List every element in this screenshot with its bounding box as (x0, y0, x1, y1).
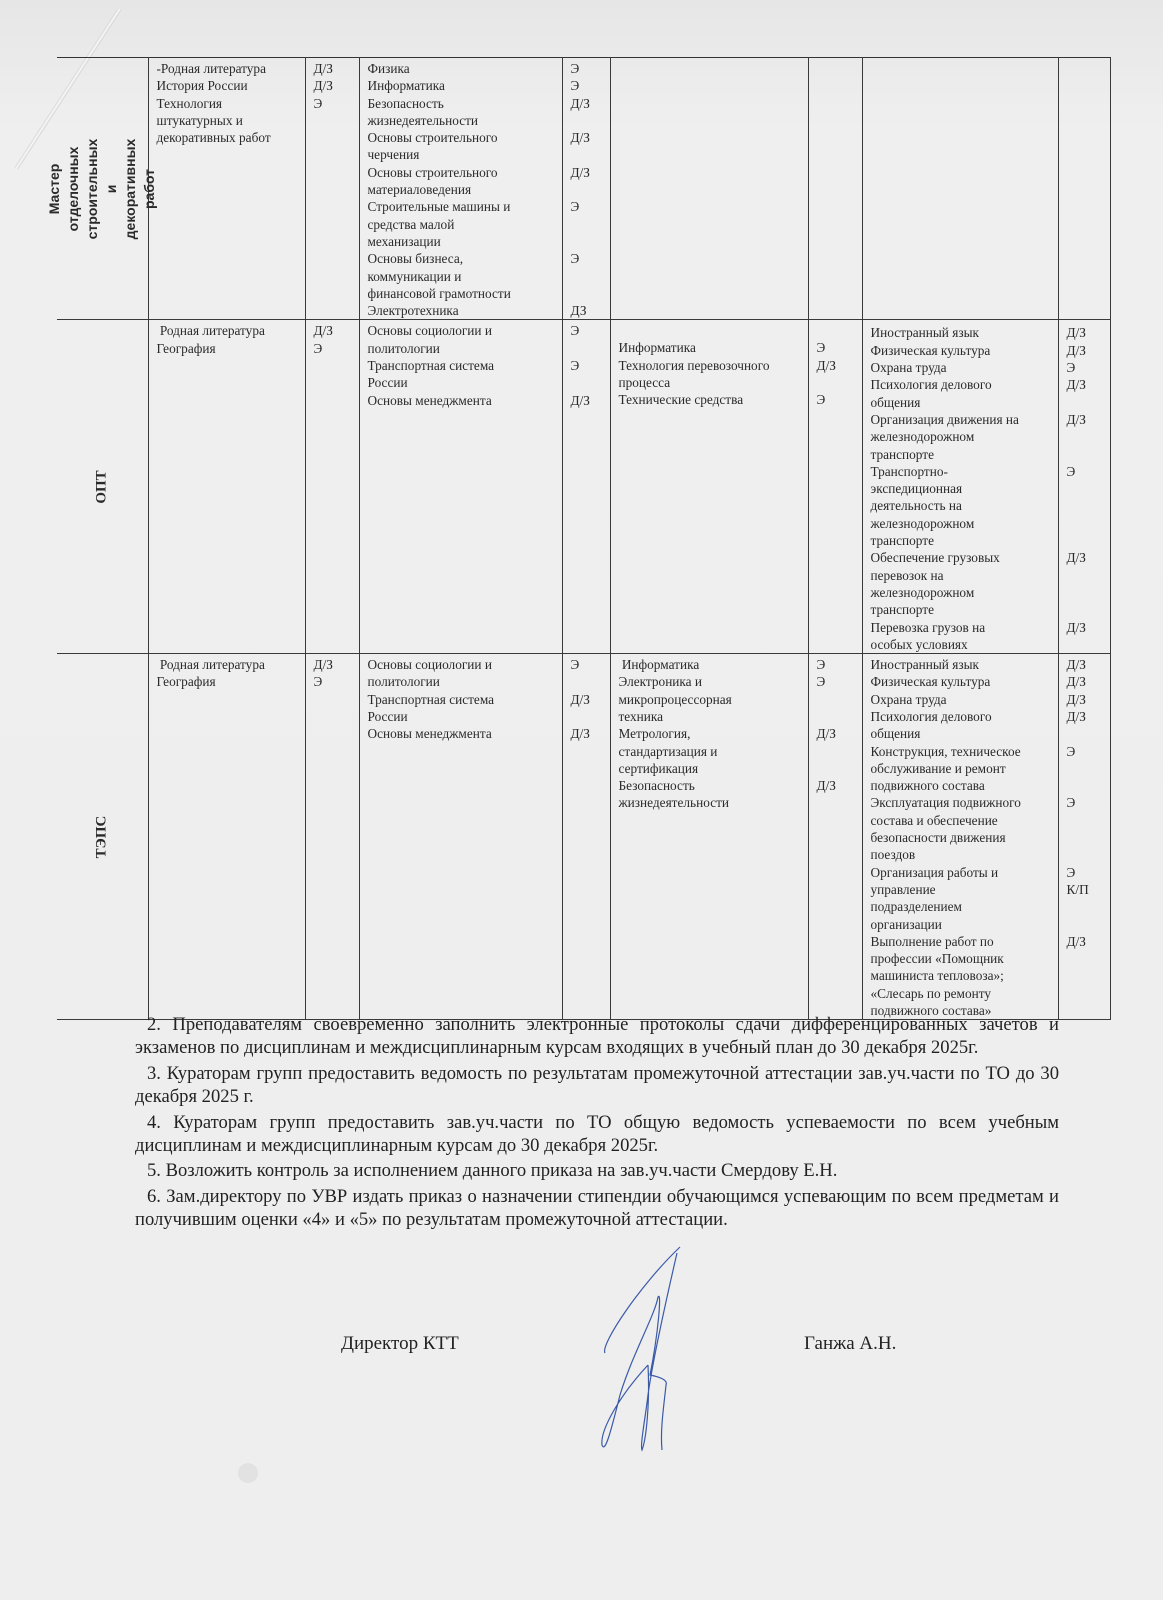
cell-line: штукатурных и (157, 112, 299, 129)
semester-3-forms: ЭЭД/ЗД/З (808, 654, 862, 1020)
cell-line: «Слесарь по ремонту (871, 985, 1052, 1002)
subject-entry: Выполнение работ попрофессии «Помощникма… (871, 933, 1052, 1019)
subject-entry: Транспортно-экспедиционнаядеятельность н… (871, 463, 1052, 549)
cell-line: машиниста тепловоза»; (871, 967, 1052, 984)
cell-line: Родная литература (157, 656, 299, 673)
subject-entry: Охрана труда (871, 691, 1052, 708)
paragraph-4: 4. Кураторам групп предоставить зав.уч.ч… (135, 1111, 1059, 1158)
cell-line: транспорте (871, 446, 1052, 463)
semester-4-subjects (862, 58, 1058, 320)
cell-line: Основы менеджмента (368, 392, 556, 409)
assessment-form: Д/З (1067, 411, 1104, 463)
assessment-form: Э (314, 673, 353, 690)
assessment-form: Д/З (1067, 708, 1104, 743)
exam-schedule-table: Мастер отделочныхстроительных и декорати… (57, 57, 1111, 1020)
subject-entry: Транспортная системаРоссии (368, 691, 556, 726)
subject-entry: Перевозка грузов наособых условиях (871, 619, 1052, 654)
assessment-form: Д/З (571, 129, 604, 164)
assessment-form: Э (817, 339, 856, 356)
assessment-form: Э (571, 250, 604, 302)
cell-line: Безопасность (619, 777, 802, 794)
specialty-line: ОПТ (93, 470, 112, 503)
table-row: Мастер отделочныхстроительных и декорати… (57, 58, 1110, 320)
cell-line: техника (619, 708, 802, 725)
subject-entry: Психология деловогообщения (871, 376, 1052, 411)
assessment-form: Д/З (314, 77, 353, 94)
semester-2-forms: ЭЭД/ЗД/ЗД/ЗЭЭДЗ (562, 58, 610, 320)
cell-line: профессии «Помощник (871, 950, 1052, 967)
assessment-form: Д/З (817, 777, 856, 812)
subject-entry: Основы менеджмента (368, 392, 556, 409)
subject-entry: Физическая культура (871, 342, 1052, 359)
cell-line: История России (157, 77, 299, 94)
cell-line: Технические средства (619, 391, 802, 408)
signatory-name: Ганжа А.Н. (804, 1333, 896, 1355)
cell-line: -Родная литература (157, 60, 299, 77)
cell-line: Организация движения на (871, 411, 1052, 428)
semester-1-forms: Д/ЗЭ (305, 320, 359, 654)
assessment-form: Э (817, 656, 856, 673)
assessment-form: Э (817, 673, 856, 725)
signatory-position: Директор КТТ (341, 1333, 459, 1355)
cell-line: Иностранный язык (871, 324, 1052, 341)
subject-entry: Эксплуатация подвижногосостава и обеспеч… (871, 794, 1052, 863)
table-row: ТЭПС Родная литератураГеографияД/ЗЭОснов… (57, 654, 1110, 1020)
cell-line: Транспортная система (368, 357, 556, 374)
subject-entry: Охрана труда (871, 359, 1052, 376)
cell-line: России (368, 708, 556, 725)
cell-line: Основы бизнеса, (368, 250, 556, 267)
cell-line: Электроника и (619, 673, 802, 690)
semester-2-subjects: ФизикаИнформатикаБезопасностьжизнедеятел… (359, 58, 562, 320)
cell-line: железнодорожном (871, 584, 1052, 601)
semester-1-subjects: Родная литератураГеография (148, 654, 305, 1020)
subject-entry: Технология перевозочногопроцесса (619, 357, 802, 392)
subject-entry: Организация движения нажелезнодорожномтр… (871, 411, 1052, 463)
cell-line: Строительные машины и (368, 198, 556, 215)
cell-line: Выполнение работ по (871, 933, 1052, 950)
assessment-form: Д/З (314, 322, 353, 339)
cell-line: транспорте (871, 532, 1052, 549)
subject-entry: Обеспечение грузовыхперевозок нажелезнод… (871, 549, 1052, 618)
assessment-form: Д/З (1067, 656, 1104, 673)
paragraph-3: 3. Кураторам групп предоставить ведомост… (135, 1062, 1059, 1109)
paragraph-6: 6. Зам.директору по УВР издать приказ о … (135, 1185, 1059, 1232)
semester-2-subjects: Основы социологии иполитологииТранспортн… (359, 654, 562, 1020)
assessment-form: Д/З (571, 164, 604, 199)
cell-line: железнодорожном (871, 515, 1052, 532)
assessment-form: ДЗ (571, 302, 604, 319)
cell-line: политологии (368, 340, 556, 357)
subject-entry: Технические средства (619, 391, 802, 408)
cell-line: Родная литература (157, 322, 299, 339)
subject-entry: Основы строительногочерчения (368, 129, 556, 164)
cell-line: процесса (619, 374, 802, 391)
subject-entry: Конструкция, техническоеобслуживание и р… (871, 743, 1052, 795)
assessment-form: Э (571, 322, 604, 357)
cell-line: Транспортно- (871, 463, 1052, 480)
semester-2-subjects: Основы социологии иполитологииТранспортн… (359, 320, 562, 654)
assessment-form: Д/З (1067, 673, 1104, 690)
cell-line: коммуникации и (368, 268, 556, 285)
paragraph-5: 5. Возложить контроль за исполнением дан… (135, 1159, 1059, 1182)
assessment-form: Э (571, 77, 604, 94)
assessment-form: Э (571, 357, 604, 392)
cell-line: финансовой грамотности (368, 285, 556, 302)
cell-line: микропроцессорная (619, 691, 802, 708)
scan-smudge (238, 1463, 258, 1483)
subject-entry: Информатика (368, 77, 556, 94)
assessment-form: Д/З (571, 392, 604, 409)
semester-4-subjects: Иностранный языкФизическая культураОхран… (862, 320, 1058, 654)
assessment-form: Э (1067, 359, 1104, 376)
subject-entry: Основы социологии иполитологии (368, 322, 556, 357)
cell-line: декоративных работ (157, 129, 299, 146)
cell-line: транспорте (871, 601, 1052, 618)
cell-line: Охрана труда (871, 359, 1052, 376)
cell-line: поездов (871, 846, 1052, 863)
assessment-form: Э К/П (1067, 864, 1104, 933)
cell-line: Физическая культура (871, 342, 1052, 359)
cell-line: Психология делового (871, 376, 1052, 393)
semester-3-forms (808, 58, 862, 320)
cell-line: Электротехника (368, 302, 556, 319)
cell-line: Психология делового (871, 708, 1052, 725)
cell-line: Конструкция, техническое (871, 743, 1052, 760)
semester-4-subjects: Иностранный языкФизическая культураОхран… (862, 654, 1058, 1020)
specialty-cell: ОПТ (57, 320, 148, 654)
cell-line: железнодорожном (871, 428, 1052, 445)
specialty-line: ТЭПС (93, 815, 112, 858)
semester-2-forms: ЭЭД/З (562, 320, 610, 654)
cell-line: жизнедеятельности (368, 112, 556, 129)
subject-entry: Строительные машины исредства малоймехан… (368, 198, 556, 250)
cell-line: Основы социологии и (368, 322, 556, 339)
cell-line: География (157, 340, 299, 357)
cell-line: Основы менеджмента (368, 725, 556, 742)
cell-line: Иностранный язык (871, 656, 1052, 673)
paragraph-2: 2. Преподавателям своевременно заполнить… (135, 1013, 1059, 1060)
subject-entry: Основы бизнеса,коммуникации ифинансовой … (368, 250, 556, 302)
subject-entry: Основы менеджмента (368, 725, 556, 742)
semester-1-forms: Д/ЗД/ЗЭ (305, 58, 359, 320)
subject-entry: Метрология,стандартизация исертификация (619, 725, 802, 777)
assessment-form: Э (571, 656, 604, 691)
subject-entry: Транспортная системаРоссии (368, 357, 556, 392)
cell-line: Эксплуатация подвижного (871, 794, 1052, 811)
assessment-form: Д/З (1067, 342, 1104, 359)
cell-line: общения (871, 394, 1052, 411)
subject-entry: Безопасностьжизнедеятельности (368, 95, 556, 130)
assessment-form: Д/З (1067, 549, 1104, 618)
cell-line: механизации (368, 233, 556, 250)
cell-line: организации (871, 916, 1052, 933)
cell-line: общения (871, 725, 1052, 742)
assessment-form: Д/З (1067, 376, 1104, 411)
cell-line: управление (871, 881, 1052, 898)
assessment-form: Э (1067, 743, 1104, 795)
handwritten-signature-icon (580, 1245, 720, 1455)
specialty-line: Мастер отделочных (45, 138, 83, 239)
specialty-line: строительных и декоративных (83, 138, 140, 239)
subject-entry: Электротехника (368, 302, 556, 319)
semester-3-forms: ЭД/ЗЭ (808, 320, 862, 654)
subject-entry: Организация работы иуправлениеподразделе… (871, 864, 1052, 933)
semester-1-subjects: Родная литератураГеография (148, 320, 305, 654)
order-paragraphs: 2. Преподавателям своевременно заполнить… (135, 1013, 1059, 1234)
cell-line: Основы строительного (368, 164, 556, 181)
scanned-document-page: Мастер отделочныхстроительных и декорати… (0, 0, 1163, 1600)
cell-line: Основы социологии и (368, 656, 556, 673)
semester-1-forms: Д/ЗЭ (305, 654, 359, 1020)
subject-entry: Безопасностьжизнедеятельности (619, 777, 802, 812)
cell-line: подвижного состава (871, 777, 1052, 794)
subject-entry: Физическая культура (871, 673, 1052, 690)
subject-entry: Информатика (619, 339, 802, 356)
semester-4-forms: Д/ЗД/ЗД/ЗД/ЗЭЭЭ К/ПД/З (1058, 654, 1110, 1020)
specialty-line: работ (140, 138, 159, 239)
assessment-form: Д/З (1067, 933, 1104, 1020)
assessment-form: Д/З (571, 725, 604, 742)
subject-entry: Основы социологии иполитологии (368, 656, 556, 691)
assessment-form: Э (817, 391, 856, 408)
semester-3-subjects: ИнформатикаТехнология перевозочногопроце… (610, 320, 808, 654)
cell-line: Безопасность (368, 95, 556, 112)
cell-line: стандартизация и (619, 743, 802, 760)
cell-line: деятельность на (871, 497, 1052, 514)
cell-line: География (157, 673, 299, 690)
assessment-form: Э (571, 60, 604, 77)
cell-line: перевозок на (871, 567, 1052, 584)
semester-3-subjects (610, 58, 808, 320)
cell-line: безопасности движения (871, 829, 1052, 846)
assessment-form: Д/З (571, 691, 604, 726)
table-row: ОПТ Родная литератураГеографияД/ЗЭОсновы… (57, 320, 1110, 654)
cell-line: Информатика (619, 339, 802, 356)
assessment-form: Д/З (1067, 619, 1104, 654)
cell-line: России (368, 374, 556, 391)
cell-line: жизнедеятельности (619, 794, 802, 811)
assessment-form: Э (1067, 794, 1104, 863)
subject-entry: Электроника имикропроцессорнаятехника (619, 673, 802, 725)
assessment-form: Д/З (1067, 691, 1104, 708)
assessment-form: Э (314, 95, 353, 112)
assessment-form: Э (571, 198, 604, 250)
cell-line: материаловедения (368, 181, 556, 198)
subject-entry: Основы строительногоматериаловедения (368, 164, 556, 199)
assessment-form: Э (1067, 463, 1104, 550)
cell-line: Перевозка грузов на (871, 619, 1052, 636)
cell-line: черчения (368, 146, 556, 163)
semester-3-subjects: ИнформатикаЭлектроника имикропроцессорна… (610, 654, 808, 1020)
cell-line: Основы строительного (368, 129, 556, 146)
cell-line: Физическая культура (871, 673, 1052, 690)
specialty-cell: Мастер отделочныхстроительных и декорати… (57, 58, 148, 320)
cell-line: политологии (368, 673, 556, 690)
assessment-form: Д/З (1067, 324, 1104, 341)
cell-line: Организация работы и (871, 864, 1052, 881)
cell-line: экспедиционная (871, 480, 1052, 497)
subject-entry: Иностранный язык (871, 324, 1052, 341)
subject-entry: Информатика (619, 656, 802, 673)
cell-line: Охрана труда (871, 691, 1052, 708)
cell-line: Информатика (619, 656, 802, 673)
semester-4-forms: Д/ЗД/ЗЭД/ЗД/ЗЭД/ЗД/З (1058, 320, 1110, 654)
semester-4-forms (1058, 58, 1110, 320)
assessment-form: Д/З (817, 725, 856, 777)
cell-line: обслуживание и ремонт (871, 760, 1052, 777)
cell-line: особых условиях (871, 636, 1052, 653)
specialty-cell: ТЭПС (57, 654, 148, 1020)
cell-line: средства малой (368, 216, 556, 233)
cell-line: подразделением (871, 898, 1052, 915)
assessment-form: Д/З (314, 60, 353, 77)
assessment-form: Д/З (817, 357, 856, 392)
cell-line: Технология (157, 95, 299, 112)
cell-line: Обеспечение грузовых (871, 549, 1052, 566)
cell-line: сертификация (619, 760, 802, 777)
semester-1-subjects: -Родная литератураИстория РоссииТехнолог… (148, 58, 305, 320)
cell-line: Транспортная система (368, 691, 556, 708)
cell-line: Метрология, (619, 725, 802, 742)
cell-line: состава и обеспечение (871, 812, 1052, 829)
semester-2-forms: ЭД/ЗД/З (562, 654, 610, 1020)
cell-line: Физика (368, 60, 556, 77)
assessment-form: Д/З (314, 656, 353, 673)
assessment-form: Э (314, 340, 353, 357)
cell-line: Информатика (368, 77, 556, 94)
subject-entry: Физика (368, 60, 556, 77)
subject-entry: Психология деловогообщения (871, 708, 1052, 743)
subject-entry: Иностранный язык (871, 656, 1052, 673)
cell-line: Технология перевозочного (619, 357, 802, 374)
assessment-form: Д/З (571, 95, 604, 130)
